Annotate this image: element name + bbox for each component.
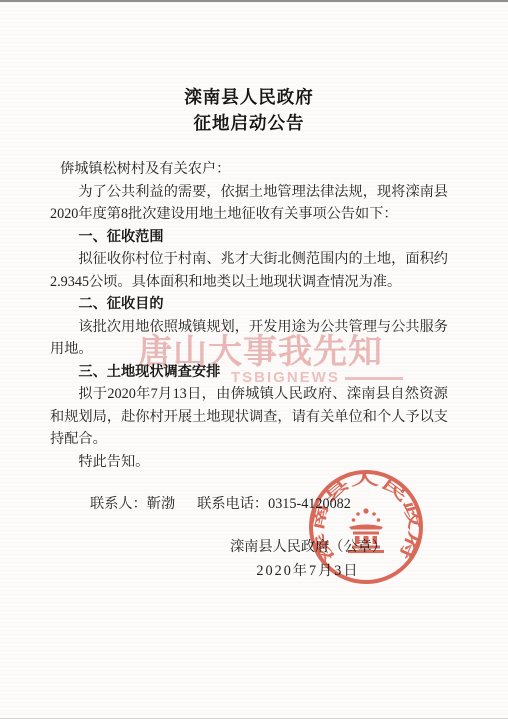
national-emblem-icon	[348, 508, 384, 553]
section-1-body: 拟征收你村位于村南、兆才大街北侧范围内的土地，面积约2.9345公顷。具体面积和…	[50, 248, 448, 293]
salutation: 倴城镇松树村及有关农户：	[60, 158, 448, 181]
intro-paragraph: 为了公共利益的需要，依据土地管理法律法规，现将滦南县2020年度第8批次建设用地…	[50, 181, 448, 226]
document-body: 滦南县人民政府 征地启动公告 倴城镇松树村及有关农户： 为了公共利益的需要，依据…	[50, 84, 448, 516]
document-title-line2: 征地启动公告	[50, 110, 448, 136]
document-title-line1: 滦南县人民政府	[50, 84, 448, 110]
section-2-heading: 二、征收目的	[50, 293, 448, 316]
phone-label: 联系电话：	[197, 496, 268, 512]
contact-name: 靳渤	[147, 496, 175, 512]
official-seal: 滦南县人民政府	[306, 467, 426, 587]
section-3-body: 拟于2020年7月13日，由倴城镇人民政府、滦南县自然资源和规划局，赴你村开展土…	[50, 383, 448, 451]
section-2-body: 该批次用地依照城镇规划，开发用途为公共管理与公共服务用地。	[50, 316, 448, 361]
contact-label: 联系人：	[90, 496, 147, 512]
section-3-heading: 三、土地现状调查安排	[50, 361, 448, 384]
scanned-announcement-page: 唐山大事我先知 TSBIGNEWS 滦南县人民政府 征地启动公告 倴城镇松树村及…	[0, 0, 508, 719]
scan-edge-top	[0, 0, 508, 2]
section-1-heading: 一、征收范围	[50, 226, 448, 249]
